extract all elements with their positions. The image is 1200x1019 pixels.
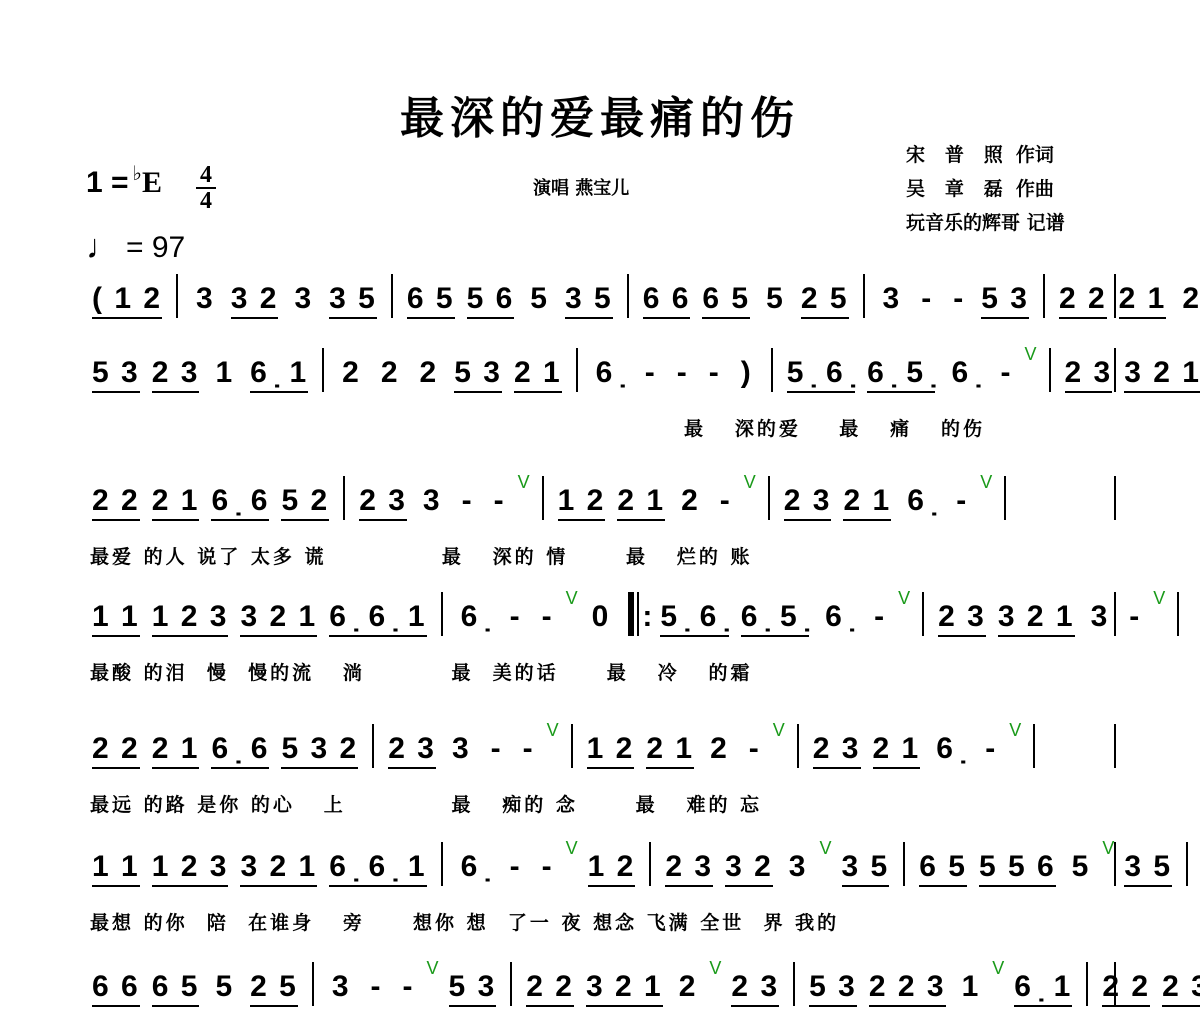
eighth-note-group: 5 ̣ 6 ̣	[787, 357, 855, 393]
end-barline	[1114, 348, 1116, 392]
notation-line: 1 11 2 33 2 16 ̣ 6 ̣ 16 ̣--V0:5 ̣ 6 ̣6 ̣…	[86, 596, 1187, 636]
barline	[391, 274, 393, 318]
eighth-note-group: 3 5	[565, 283, 613, 319]
eighth-note-group: 3 5	[1124, 851, 1172, 887]
note: 3	[452, 732, 471, 765]
eighth-note-group: 5 3	[981, 283, 1029, 319]
end-barline	[1114, 842, 1116, 886]
note: 5	[766, 282, 785, 315]
eighth-note-group: 2 1	[1119, 283, 1167, 319]
singer-credit: 演唱 燕宝儿	[533, 174, 629, 200]
key-prefix: 1 =	[86, 166, 129, 199]
note: 6 ̣	[596, 356, 625, 389]
note: 6 ̣	[461, 600, 490, 633]
barline	[771, 348, 773, 392]
breath-mark-icon: V	[1024, 344, 1038, 364]
note: 3	[423, 484, 442, 517]
note: 1	[962, 970, 981, 1003]
eighth-note-group: 3 2	[725, 851, 773, 887]
eighth-note-group: 6 5	[152, 971, 200, 1007]
note: 5	[215, 970, 234, 1003]
note: 5	[1072, 850, 1091, 883]
barline	[627, 274, 629, 318]
eighth-note-group: 6 5	[407, 283, 455, 319]
eighth-note-group: 2 1	[617, 485, 665, 521]
barline	[372, 724, 374, 768]
barline	[322, 348, 324, 392]
note: -	[749, 732, 761, 765]
notation-line: 6 66 552 53--V5 32 23 2 12V2 35 32 2 31V…	[86, 966, 1200, 1006]
note: -	[542, 850, 554, 883]
note: 0	[592, 600, 611, 633]
barline	[343, 476, 345, 520]
breath-mark-icon: V	[819, 838, 833, 858]
note: 3	[332, 970, 351, 1003]
note: 2	[681, 484, 700, 517]
eighth-note-group: 5 3	[92, 357, 140, 393]
eighth-note-group: 2 2 3	[869, 971, 946, 1007]
eighth-note-group: 1 2	[588, 851, 636, 887]
barline	[797, 724, 799, 768]
quarter-note-icon: ♩	[86, 228, 120, 267]
score-row-4: 1 11 2 33 2 16 ̣ 6 ̣ 16 ̣--V0:5 ̣ 6 ̣6 ̣…	[86, 596, 1116, 636]
score-row-7: 6 66 552 53--V5 32 23 2 12V2 35 32 2 31V…	[86, 966, 1116, 1006]
barline	[576, 348, 578, 392]
breath-mark-icon: V	[566, 588, 580, 608]
eighth-note-group: ( 1 2	[92, 283, 162, 319]
barline	[1177, 592, 1179, 636]
eighth-note-group: 3 5	[842, 851, 890, 887]
eighth-note-group: 3 2 1	[998, 601, 1075, 637]
barline	[1004, 476, 1006, 520]
breath-mark-icon: V	[980, 472, 994, 492]
eighth-note-group: 2 3	[665, 851, 713, 887]
note: 6 ̣	[461, 850, 490, 883]
lyrics-line: 最想 的你 陪 在谁身 旁 想你 想 了一 夜 想念 飞满 全世 界 我的	[90, 908, 839, 938]
note: -	[921, 282, 933, 315]
note: -	[1129, 600, 1141, 633]
barline	[922, 592, 924, 636]
note: -	[645, 356, 657, 389]
eighth-note-group: 6 ̣ 6 ̣ 1	[329, 851, 426, 887]
eighth-note-group: 5 6	[467, 283, 515, 319]
eighth-note-group: 6 ̣ 6	[211, 733, 269, 769]
eighth-note-group: 3 2 1	[586, 971, 663, 1007]
barline	[1033, 724, 1035, 768]
eighth-note-group: 2 1	[843, 485, 891, 521]
eighth-note-group: 2 5	[250, 971, 298, 1007]
eighth-note-group: 1 1	[92, 601, 140, 637]
note: 2	[381, 356, 400, 389]
breath-mark-icon: V	[773, 720, 787, 740]
end-barline	[1114, 592, 1116, 636]
note: -	[491, 732, 503, 765]
eighth-note-group: 2 3	[388, 733, 436, 769]
barline	[649, 842, 651, 886]
note: 2	[679, 970, 698, 1003]
barline	[768, 476, 770, 520]
barline	[1049, 348, 1051, 392]
notation-line: 1 11 2 33 2 16 ̣ 6 ̣ 16 ̣--V1 22 33 23V3…	[86, 846, 1196, 886]
note: 2	[1182, 282, 1200, 315]
note: -	[874, 600, 886, 633]
note: )	[741, 356, 753, 389]
eighth-note-group: 6 ̣ 5 ̣	[867, 357, 935, 393]
transcriber-credit: 玩音乐的辉哥 记谱	[906, 206, 1065, 240]
barline	[176, 274, 178, 318]
time-signature-bottom: 4	[196, 190, 216, 212]
eighth-note-group: 2 2	[526, 971, 574, 1007]
eighth-note-group: 1 2	[587, 733, 635, 769]
breath-mark-icon: V	[518, 472, 532, 492]
breath-mark-icon: V	[709, 958, 723, 978]
eighth-note-group: 5 3	[449, 971, 497, 1007]
eighth-note-group: 2 1	[514, 357, 562, 393]
breath-mark-icon: V	[1153, 588, 1167, 608]
credits-block: 宋 普 照 作词 吴 章 磊 作曲 玩音乐的辉哥 记谱	[906, 138, 1065, 240]
barline	[441, 592, 443, 636]
eighth-note-group: 2 3	[784, 485, 832, 521]
note: 2	[420, 356, 439, 389]
tempo-value: = 97	[126, 231, 185, 265]
barline	[441, 842, 443, 886]
eighth-note-group: 6 ̣ 1	[250, 357, 308, 393]
barline	[1086, 962, 1088, 1006]
note: 6 ̣	[907, 484, 936, 517]
eighth-note-group: 6 6	[92, 971, 140, 1007]
note: -	[985, 732, 997, 765]
note: -	[542, 600, 554, 633]
note: 2	[710, 732, 729, 765]
eighth-note-group: 2 3	[152, 357, 200, 393]
eighth-note-group: 2 1	[152, 485, 200, 521]
barline	[1043, 274, 1045, 318]
note: -	[709, 356, 721, 389]
note: -	[720, 484, 732, 517]
score-row-1: ( 1 233 233 56 55 653 56 66 552 53--5 32…	[86, 278, 1116, 318]
breath-mark-icon: V	[566, 838, 580, 858]
note: -	[956, 484, 968, 517]
note: 6 ̣	[936, 732, 965, 765]
key-signature: 1 =♭E	[86, 166, 162, 200]
notation-line: ( 1 233 233 56 55 653 56 66 552 53--5 32…	[86, 278, 1200, 318]
barline	[510, 962, 512, 1006]
notation-line: 2 22 16 ̣ 65 3 22 33--V1 22 12-V2 32 16 …	[86, 728, 1043, 768]
eighth-note-group: 6 ̣ 6 ̣ 1	[329, 601, 426, 637]
end-barline	[1114, 962, 1116, 1006]
end-barline	[1114, 274, 1116, 318]
eighth-note-group: 6 6	[643, 283, 691, 319]
eighth-note-group: 2 2	[92, 485, 140, 521]
note: 6 ̣	[825, 600, 854, 633]
eighth-note-group: 6 ̣ 5 ̣	[741, 601, 809, 637]
repeat-dots: :	[642, 600, 654, 633]
eighth-note-group: 2 3	[1162, 971, 1200, 1007]
note: -	[953, 282, 965, 315]
note: 3	[294, 282, 313, 315]
eighth-note-group: 3 5	[329, 283, 377, 319]
barline	[312, 962, 314, 1006]
notation-line: 5 32 316 ̣ 12225 32 16 ̣---)5 ̣ 6 ̣6 ̣ 5…	[86, 352, 1200, 392]
note: 3	[883, 282, 902, 315]
lyrics-line: 最酸 的泪 慢 慢的流 淌 最 美的话 最 冷 的霜	[90, 658, 752, 688]
barline	[903, 842, 905, 886]
eighth-note-group: 2 2	[1059, 283, 1107, 319]
note: -	[677, 356, 689, 389]
note: -	[510, 850, 522, 883]
eighth-note-group: 1 2	[558, 485, 606, 521]
eighth-note-group: 2 1	[873, 733, 921, 769]
eighth-note-group: 3 2 1	[240, 601, 317, 637]
flat-icon: ♭	[133, 163, 142, 185]
breath-mark-icon: V	[744, 472, 758, 492]
lyrics-line: 最远 的路 是你 的心 上 最 痴的 念 最 难的 忘	[90, 790, 762, 820]
tempo-marking: ♩ = 97	[86, 228, 185, 267]
note: -	[510, 600, 522, 633]
eighth-note-group: 2 3	[938, 601, 986, 637]
note: 3	[1091, 600, 1110, 633]
breath-mark-icon: V	[898, 588, 912, 608]
eighth-note-group: 5 5 6	[979, 851, 1056, 887]
eighth-note-group: 2 2	[92, 733, 140, 769]
barline	[1186, 842, 1188, 886]
note: 2	[342, 356, 361, 389]
eighth-note-group: 2 3	[1065, 357, 1113, 393]
note: -	[462, 484, 474, 517]
note: -	[403, 970, 415, 1003]
note: 3	[789, 850, 808, 883]
note: -	[494, 484, 506, 517]
score-row-5: 2 22 16 ̣ 65 3 22 33--V1 22 12-V2 32 16 …	[86, 728, 1116, 768]
eighth-note-group: 5 ̣ 6 ̣	[660, 601, 728, 637]
eighth-note-group: 2 1	[646, 733, 694, 769]
eighth-note-group: 2 3	[813, 733, 861, 769]
composer-credit: 吴 章 磊 作曲	[906, 172, 1065, 206]
eighth-note-group: 6 ̣ 6	[211, 485, 269, 521]
eighth-note-group: 5 3	[809, 971, 857, 1007]
note: -	[1000, 356, 1012, 389]
eighth-note-group: 6 5	[702, 283, 750, 319]
score-row-3: 2 22 16 ̣ 65 22 33--V1 22 12-V2 32 16 ̣-…	[86, 480, 1116, 520]
eighth-note-group: 5 3 2	[281, 733, 358, 769]
note: 6 ̣	[951, 356, 980, 389]
eighth-note-group: 1 2 3	[152, 601, 229, 637]
note: -	[523, 732, 535, 765]
eighth-note-group: 2 1	[152, 733, 200, 769]
barline	[793, 962, 795, 1006]
lyricist-credit: 宋 普 照 作词	[906, 138, 1065, 172]
eighth-note-group: 2 5	[801, 283, 849, 319]
breath-mark-icon: V	[427, 958, 441, 978]
score-row-2: 5 32 316 ̣ 12225 32 16 ̣---)5 ̣ 6 ̣6 ̣ 5…	[86, 352, 1116, 392]
eighth-note-group: 6 ̣ 1	[1014, 971, 1072, 1007]
eighth-note-group: 3 2 1	[240, 851, 317, 887]
eighth-note-group: 6 5	[919, 851, 967, 887]
eighth-note-group: 1 1	[92, 851, 140, 887]
score-row-6: 1 11 2 33 2 16 ̣ 6 ̣ 16 ̣--V1 22 33 23V3…	[86, 846, 1116, 886]
note: 1	[215, 356, 234, 389]
key-note: E	[142, 166, 162, 199]
lyrics-line: 最 深的爱 最 痛 的伤	[684, 414, 985, 444]
eighth-note-group: 2 3	[359, 485, 407, 521]
time-signature: 4 4	[196, 164, 216, 212]
end-barline	[1114, 724, 1116, 768]
note: 3	[196, 282, 215, 315]
eighth-note-group: 2 3	[731, 971, 779, 1007]
note: 5	[530, 282, 549, 315]
eighth-note-group: 5 2	[281, 485, 329, 521]
note: -	[371, 970, 383, 1003]
barline	[863, 274, 865, 318]
end-barline	[1114, 476, 1116, 520]
eighth-note-group: 3 2 1	[1124, 357, 1200, 393]
lyrics-line: 最爱 的人 说了 太多 谎 最 深的 情 最 烂的 账	[90, 542, 752, 572]
eighth-note-group: 5 3	[454, 357, 502, 393]
eighth-note-group: 1 2 3	[152, 851, 229, 887]
eighth-note-group: 2 2	[1102, 971, 1150, 1007]
breath-mark-icon: V	[547, 720, 561, 740]
eighth-note-group: 3 2	[231, 283, 279, 319]
song-title: 最深的爱最痛的伤	[0, 82, 1200, 146]
barline	[571, 724, 573, 768]
breath-mark-icon: V	[992, 958, 1006, 978]
barline	[542, 476, 544, 520]
time-signature-top: 4	[196, 164, 216, 186]
breath-mark-icon: V	[1009, 720, 1023, 740]
repeat-start-barline	[628, 592, 639, 636]
notation-line: 2 22 16 ̣ 65 22 33--V1 22 12-V2 32 16 ̣-…	[86, 480, 1014, 520]
